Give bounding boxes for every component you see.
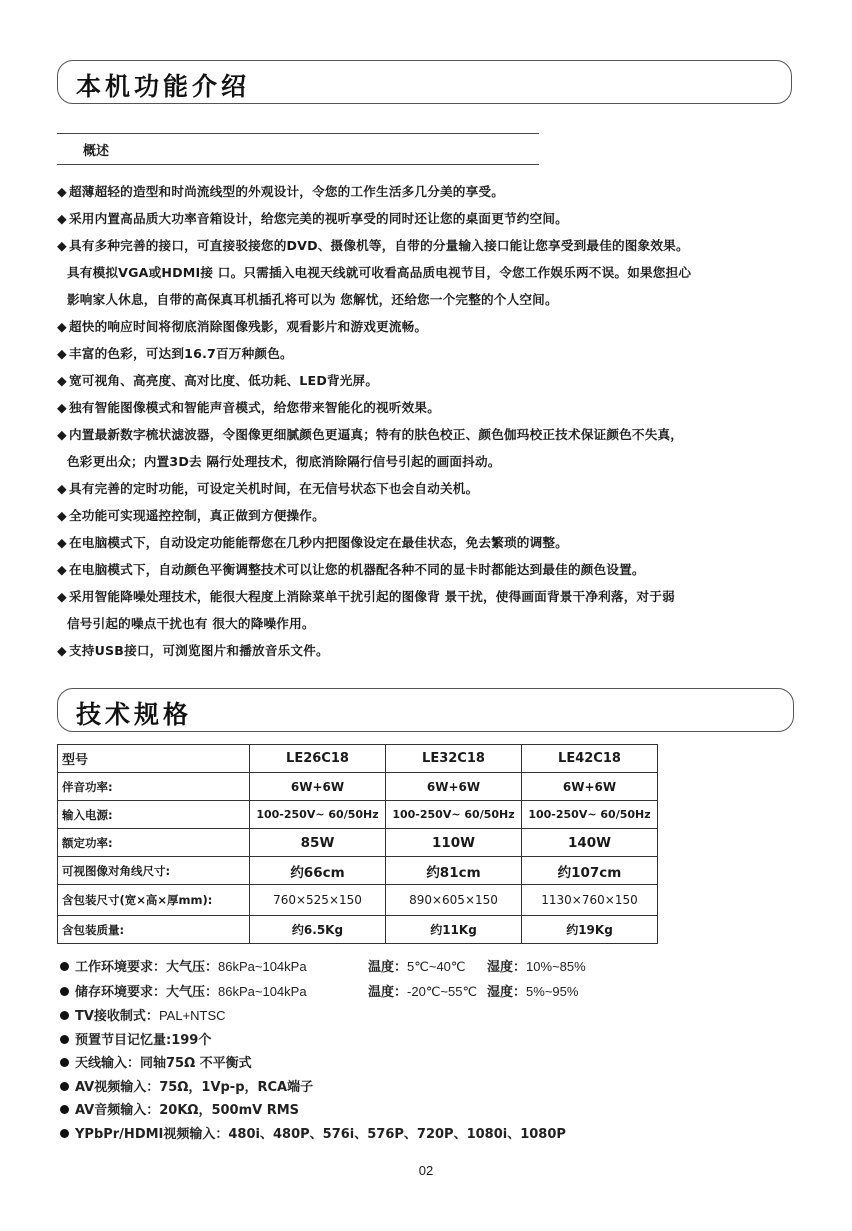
- table-row: 可视图像对角线尺寸: 约66cm 约81cm 约107cm: [58, 857, 658, 885]
- spec-item-antenna: 天线输入：同轴75Ω 不平衡式: [60, 1052, 820, 1076]
- spec-item-presets: 预置节目记忆量:199个: [60, 1029, 820, 1053]
- cell-value: 约6.5Kg: [250, 916, 386, 944]
- diamond-bullet-icon: ◆: [57, 637, 69, 664]
- cell-value: 约19Kg: [522, 916, 658, 944]
- cell-value: 约66cm: [250, 857, 386, 885]
- feature-item: ◆在电脑模式下，自动颜色平衡调整技术可以让您的机器配各种不同的显卡时都能达到最佳…: [57, 556, 817, 583]
- feature-item: ◆在电脑模式下，自动设定功能能帮您在几秒内把图像设定在最佳状态，免去繁琐的调整。: [57, 529, 817, 556]
- cell-value: 6W+6W: [250, 773, 386, 801]
- spec-item-storage-env: 储存环境要求：大气压：86kPa~104kPa温度：-20℃~55℃湿度：5%~…: [60, 980, 820, 1005]
- cell-value: 6W+6W: [522, 773, 658, 801]
- cell-value: 100-250V~ 60/50Hz: [522, 801, 658, 829]
- model-name: LE26C18: [250, 745, 386, 773]
- feature-item-continued: 影响家人休息，自带的高保真耳机插孔将可以为 您解忧，还给您一个完整的个人空间。: [57, 286, 817, 313]
- round-bullet-icon: [60, 1082, 69, 1091]
- diamond-bullet-icon: ◆: [57, 556, 69, 583]
- round-bullet-icon: [60, 1129, 69, 1138]
- cell-value: 100-250V~ 60/50Hz: [386, 801, 522, 829]
- specs-title: 技术规格: [76, 695, 192, 731]
- diamond-bullet-icon: ◆: [57, 583, 69, 610]
- spec-item-ypbpr-hdmi: YPbPr/HDMI视频输入：480i、480P、576i、576P、720P、…: [60, 1123, 820, 1147]
- section-title-specs: 技术规格: [57, 688, 794, 732]
- diamond-bullet-icon: ◆: [57, 502, 69, 529]
- cell-value: 890×605×150: [386, 885, 522, 916]
- spec-item-tv-system: TV接收制式：PAL+NTSC: [60, 1004, 820, 1029]
- cell-value: 110W: [386, 829, 522, 857]
- overview-subheading: 概述: [57, 133, 539, 165]
- feature-item: ◆超快的响应时间将彻底消除图像残影，观看影片和游戏更流畅。: [57, 313, 817, 340]
- row-label: 含包装尺寸(宽×高×厚mm):: [58, 885, 250, 916]
- feature-item-continued: 具有模拟VGA或HDMI接 口。只需插入电视天线就可收看高品质电视节目，令您工作…: [57, 259, 817, 286]
- row-label: 额定功率:: [58, 829, 250, 857]
- cell-value: 1130×760×150: [522, 885, 658, 916]
- diamond-bullet-icon: ◆: [57, 529, 69, 556]
- diamond-bullet-icon: ◆: [57, 394, 69, 421]
- features-title: 本机功能介绍: [76, 67, 250, 103]
- row-label: 输入电源:: [58, 801, 250, 829]
- feature-item: ◆采用内置高品质大功率音箱设计，给您完美的视听享受的同时还让您的桌面更节约空间。: [57, 205, 817, 232]
- feature-item: ◆内置最新数字梳状滤波器，令图像更细腻颜色更逼真；特有的肤色校正、颜色伽玛校正技…: [57, 421, 817, 448]
- feature-item: ◆采用智能降噪处理技术，能很大程度上消除菜单干扰引起的图像背 景干扰，使得画面背…: [57, 583, 817, 610]
- cell-value: 85W: [250, 829, 386, 857]
- round-bullet-icon: [60, 1035, 69, 1044]
- spec-list: 工作环境要求：大气压：86kPa~104kPa温度：5℃~40℃湿度：10%~8…: [60, 955, 820, 1146]
- cell-value: 6W+6W: [386, 773, 522, 801]
- section-title-features: 本机功能介绍: [57, 60, 792, 104]
- row-label: 可视图像对角线尺寸:: [58, 857, 250, 885]
- spec-item-av-video: AV视频输入：75Ω，1Vp-p，RCA端子: [60, 1076, 820, 1100]
- round-bullet-icon: [60, 1058, 69, 1067]
- feature-item: ◆宽可视角、高亮度、高对比度、低功耗、LED背光屏。: [57, 367, 817, 394]
- model-label: 型号: [58, 745, 250, 773]
- diamond-bullet-icon: ◆: [57, 232, 69, 259]
- feature-item: ◆支持USB接口，可浏览图片和播放音乐文件。: [57, 637, 817, 664]
- feature-item: ◆超薄超轻的造型和时尚流线型的外观设计，令您的工作生活多几分美的享受。: [57, 178, 817, 205]
- diamond-bullet-icon: ◆: [57, 340, 69, 367]
- table-row: 伴音功率: 6W+6W 6W+6W 6W+6W: [58, 773, 658, 801]
- cell-value: 100-250V~ 60/50Hz: [250, 801, 386, 829]
- feature-item: ◆具有多种完善的接口，可直接驳接您的DVD、摄像机等，自带的分量输入接口能让您享…: [57, 232, 817, 259]
- feature-list: ◆超薄超轻的造型和时尚流线型的外观设计，令您的工作生活多几分美的享受。 ◆采用内…: [57, 178, 817, 664]
- table-row: 含包装质量: 约6.5Kg 约11Kg 约19Kg: [58, 916, 658, 944]
- cell-value: 760×525×150: [250, 885, 386, 916]
- row-label: 含包装质量:: [58, 916, 250, 944]
- table-row: 输入电源: 100-250V~ 60/50Hz 100-250V~ 60/50H…: [58, 801, 658, 829]
- feature-item: ◆全功能可实现遥控控制，真正做到方便操作。: [57, 502, 817, 529]
- round-bullet-icon: [60, 1011, 69, 1020]
- feature-item: ◆丰富的色彩，可达到16.7百万种颜色。: [57, 340, 817, 367]
- page-number: 02: [0, 1163, 852, 1178]
- feature-item-continued: 色彩更出众；内置3D去 隔行处理技术，彻底消除隔行信号引起的画面抖动。: [57, 448, 817, 475]
- cell-value: 约107cm: [522, 857, 658, 885]
- cell-value: 约81cm: [386, 857, 522, 885]
- cell-value: 约11Kg: [386, 916, 522, 944]
- model-name: LE32C18: [386, 745, 522, 773]
- table-row: 含包装尺寸(宽×高×厚mm): 760×525×150 890×605×150 …: [58, 885, 658, 916]
- feature-item: ◆具有完善的定时功能，可设定关机时间，在无信号状态下也会自动关机。: [57, 475, 817, 502]
- round-bullet-icon: [60, 987, 69, 996]
- spec-item-operating-env: 工作环境要求：大气压：86kPa~104kPa温度：5℃~40℃湿度：10%~8…: [60, 955, 820, 980]
- feature-item: ◆独有智能图像模式和智能声音模式，给您带来智能化的视听效果。: [57, 394, 817, 421]
- round-bullet-icon: [60, 1105, 69, 1114]
- diamond-bullet-icon: ◆: [57, 475, 69, 502]
- diamond-bullet-icon: ◆: [57, 421, 69, 448]
- model-name: LE42C18: [522, 745, 658, 773]
- row-label: 伴音功率:: [58, 773, 250, 801]
- spec-table: 型号 LE26C18 LE32C18 LE42C18 伴音功率: 6W+6W 6…: [57, 744, 658, 944]
- overview-label: 概述: [83, 140, 109, 159]
- diamond-bullet-icon: ◆: [57, 178, 69, 205]
- cell-value: 140W: [522, 829, 658, 857]
- diamond-bullet-icon: ◆: [57, 205, 69, 232]
- spec-item-av-audio: AV音频输入：20KΩ，500mV RMS: [60, 1099, 820, 1123]
- feature-item-continued: 信号引起的噪点干扰也有 很大的降噪作用。: [57, 610, 817, 637]
- table-header-row: 型号 LE26C18 LE32C18 LE42C18: [58, 745, 658, 773]
- diamond-bullet-icon: ◆: [57, 367, 69, 394]
- diamond-bullet-icon: ◆: [57, 313, 69, 340]
- round-bullet-icon: [60, 962, 69, 971]
- table-row: 额定功率: 85W 110W 140W: [58, 829, 658, 857]
